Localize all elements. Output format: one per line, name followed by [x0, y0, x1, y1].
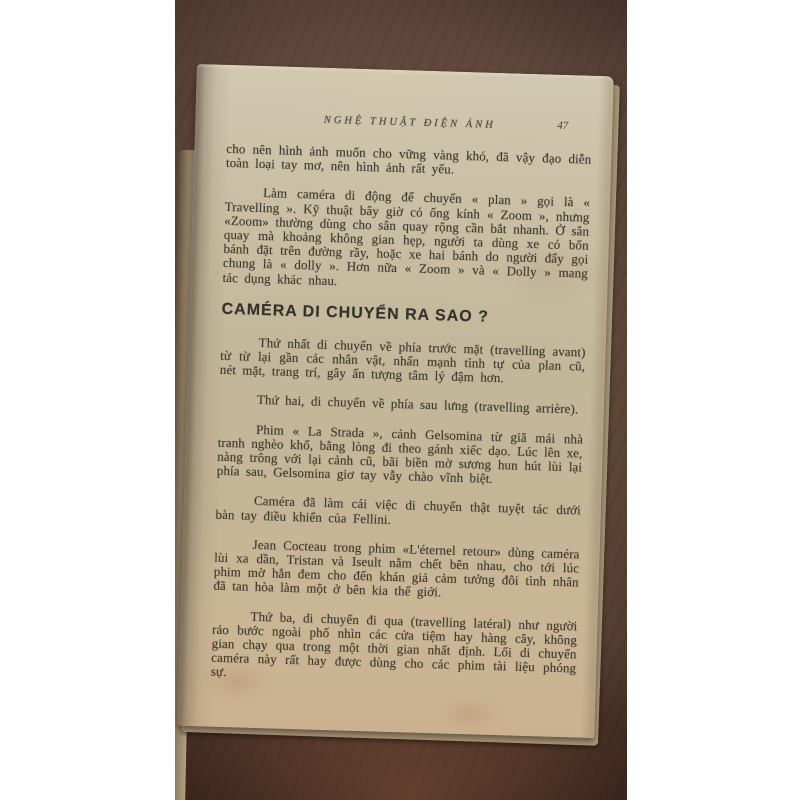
paragraph-fellini: Caméra đã làm cái việc di chuyển thật tu…	[215, 493, 581, 532]
book-page: NGHỆ THUẬT ĐIỆN ẢNH 47 cho nên hình ảnh …	[177, 64, 613, 738]
section-heading: CAMÉRA DI CHUYỂN RA SAO ?	[221, 301, 586, 330]
page-number: 47	[557, 120, 568, 132]
paragraph-travelling-avant: Thứ nhất di chuyển về phía trước mặt (tr…	[220, 335, 586, 388]
running-header-row: NGHỆ THUẬT ĐIỆN ẢNH 47	[227, 107, 592, 136]
paragraph-continuation: cho nên hình ảnh muốn cho vững vàng khó,…	[226, 142, 592, 181]
paragraph-travelling-arriere: Thứ hai, di chuyển về phía sau lưng (tra…	[219, 392, 584, 417]
paragraph-travelling-zoom-dolly: Làm caméra di động để chuyển « plan » gọ…	[222, 185, 590, 295]
screenshot-canvas: NGHỆ THUẬT ĐIỆN ẢNH 47 cho nên hình ảnh …	[0, 0, 800, 800]
paragraph-jean-cocteau: Jean Cocteau trong phim «L'éternel retou…	[213, 537, 580, 605]
paragraph-travelling-lateral: Thứ ba, di chuyển đi qua (travelling lat…	[211, 608, 578, 690]
paragraph-la-strada: Phim « La Strada », cảnh Gelsomina từ gi…	[217, 421, 584, 489]
running-header: NGHỆ THUẬT ĐIỆN ẢNH	[324, 115, 496, 131]
book-photo: NGHỆ THUẬT ĐIỆN ẢNH 47 cho nên hình ảnh …	[175, 0, 627, 800]
